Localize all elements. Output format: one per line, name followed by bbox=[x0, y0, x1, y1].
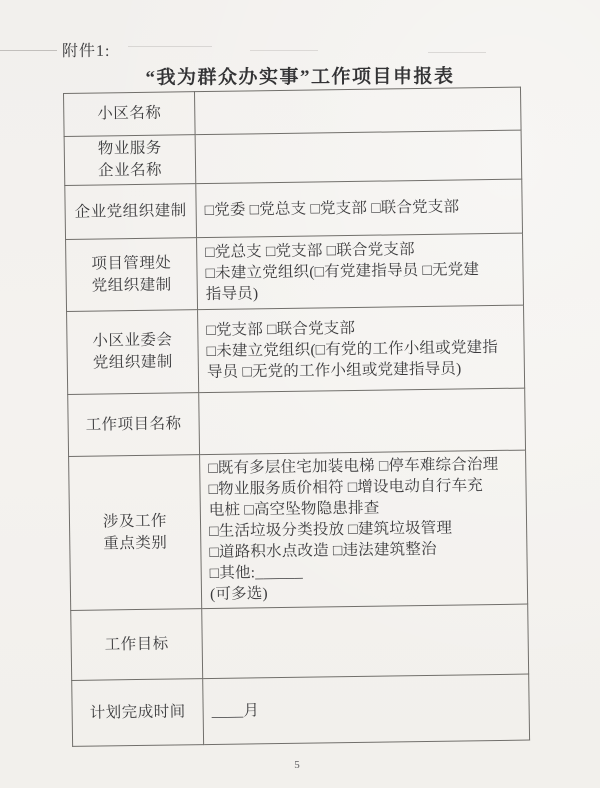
application-form-table: 小区名称 物业服务 企业名称 企业党组织建制 □党委 □党总支 □党支部 □联合… bbox=[63, 87, 530, 747]
row-content: ____月 bbox=[203, 674, 530, 745]
row-label: 小区业委会 党组织建制 bbox=[67, 310, 199, 395]
row-content bbox=[194, 87, 521, 135]
attachment-label: 附件1: bbox=[62, 38, 111, 61]
row-label: 工作项目名称 bbox=[68, 393, 200, 457]
row-content checkbox-options: □既有多层住宅加装电梯 □停车难综合治理 □物业服务质价相符 □增设电动自行车充… bbox=[200, 450, 528, 609]
table-row-work-categories: 涉及工作 重点类别 □既有多层住宅加装电梯 □停车难综合治理 □物业服务质价相符… bbox=[69, 450, 528, 610]
scan-artifact-line bbox=[250, 50, 318, 51]
document-page: 附件1: “我为群众办实事”工作项目申报表 小区名称 物业服务 企业名称 企业党… bbox=[0, 0, 600, 788]
row-content checkbox-options: □党支部 □联合党支部 □未建立党组织(□有党的工作小组或党建指 导员 □无党的… bbox=[198, 305, 525, 393]
scan-artifact-line bbox=[128, 46, 212, 47]
row-content bbox=[199, 388, 526, 455]
table-row-community-name: 小区名称 bbox=[64, 87, 522, 136]
row-label: 计划完成时间 bbox=[72, 679, 204, 747]
table-row-enterprise-party-org: 企业党组织建制 □党委 □党总支 □党支部 □联合党支部 bbox=[65, 179, 523, 239]
table-row-owners-committee-party-org: 小区业委会 党组织建制 □党支部 □联合党支部 □未建立党组织(□有党的工作小组… bbox=[67, 305, 525, 394]
table-row-planned-completion: 计划完成时间 ____月 bbox=[72, 674, 530, 746]
table-row-project-name: 工作项目名称 bbox=[68, 388, 526, 456]
form-table-wrapper: 小区名称 物业服务 企业名称 企业党组织建制 □党委 □党总支 □党支部 □联合… bbox=[63, 87, 530, 747]
row-label: 小区名称 bbox=[64, 92, 196, 137]
scan-artifact-line bbox=[428, 52, 486, 53]
row-content bbox=[202, 604, 529, 679]
row-label: 涉及工作 重点类别 bbox=[69, 455, 202, 611]
row-label: 项目管理处 党组织建制 bbox=[66, 238, 198, 312]
page-number: 5 bbox=[0, 759, 594, 771]
row-content bbox=[195, 130, 522, 184]
row-label: 工作目标 bbox=[71, 609, 203, 681]
row-content checkbox-options: □党总支 □党支部 □联合党支部 □未建立党组织(□有党建指导员 □无党建 指导… bbox=[197, 233, 524, 310]
table-row-property-company: 物业服务 企业名称 bbox=[64, 130, 522, 185]
table-row-project-office-party-org: 项目管理处 党组织建制 □党总支 □党支部 □联合党支部 □未建立党组织(□有党… bbox=[66, 233, 524, 311]
row-content checkbox-options: □党委 □党总支 □党支部 □联合党支部 bbox=[196, 179, 523, 238]
row-label: 企业党组织建制 bbox=[65, 184, 197, 240]
row-label: 物业服务 企业名称 bbox=[64, 135, 196, 186]
table-row-work-goal: 工作目标 bbox=[71, 604, 529, 680]
scan-artifact-line bbox=[0, 50, 57, 51]
